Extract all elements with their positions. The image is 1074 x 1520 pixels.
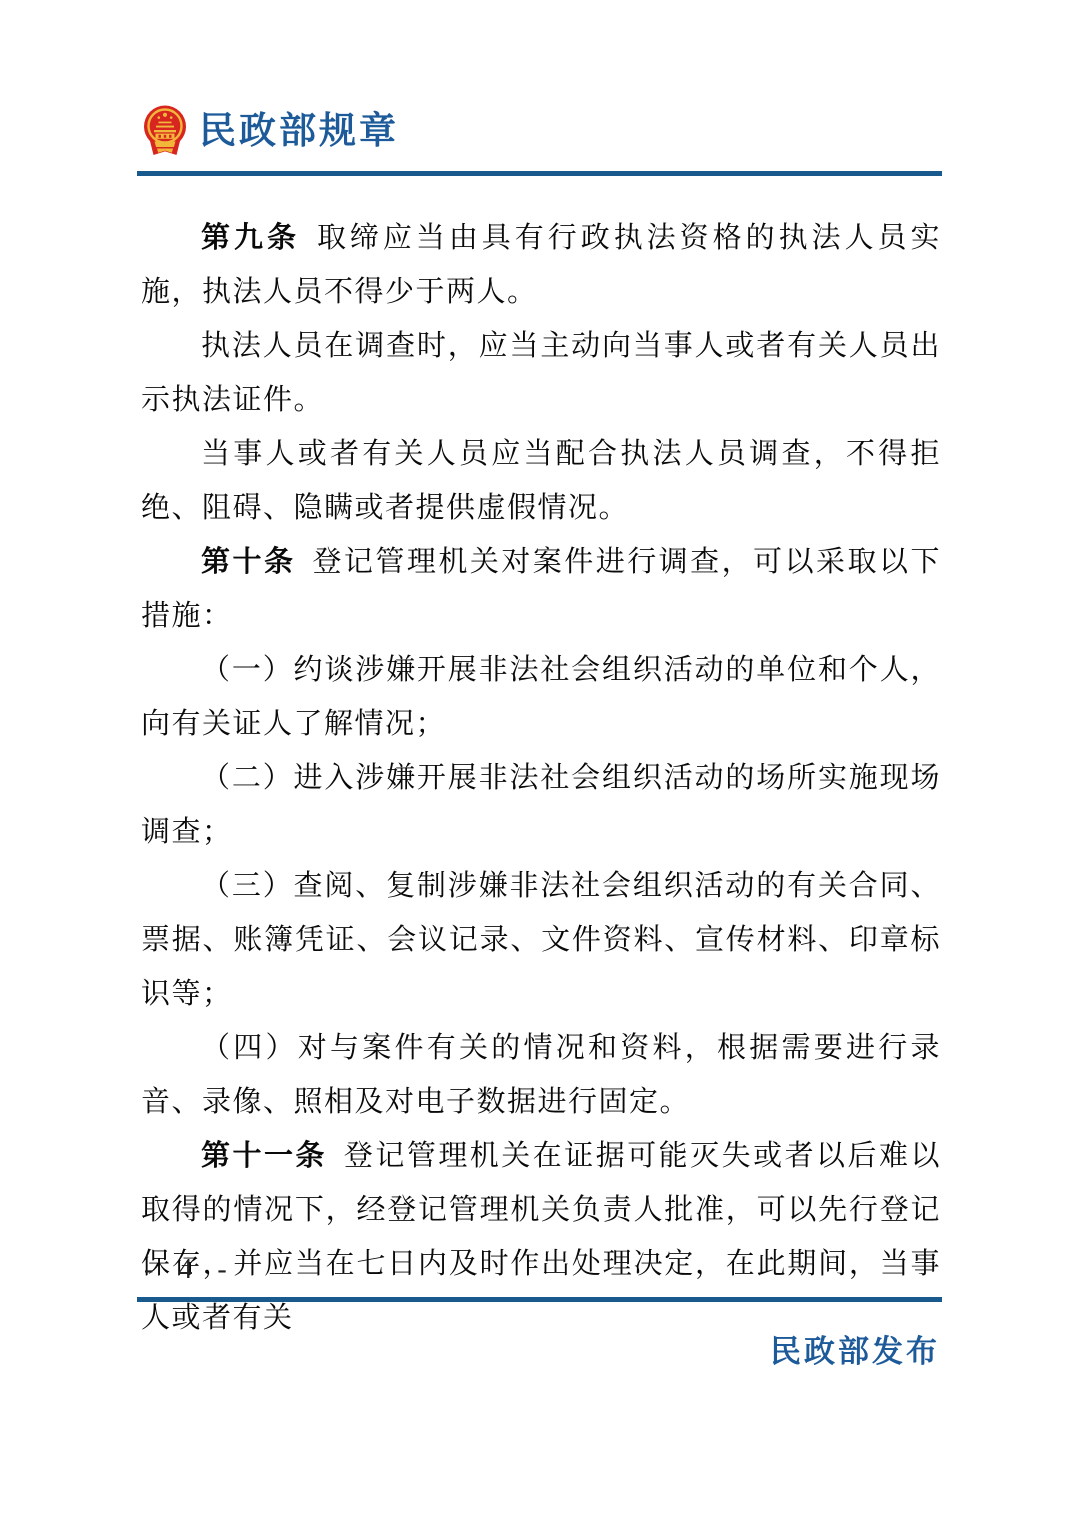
paragraph-text: （二）进入涉嫌开展非法社会组织活动的场所实施现场调查； xyxy=(141,762,941,848)
paragraph: 执法人员在调查时，应当主动向当事人或者有关人员出示执法证件。 xyxy=(141,319,941,427)
list-item-3: （三）查阅、复制涉嫌非法社会组织活动的有关合同、票据、账簿凭证、会议记录、文件资… xyxy=(141,859,941,1021)
document-body: 第九条取缔应当由具有行政执法资格的执法人员实施，执法人员不得少于两人。 执法人员… xyxy=(141,211,941,1345)
page-number: - 4 - xyxy=(144,1254,236,1286)
header-brand: 民政部规章 xyxy=(142,104,399,159)
publisher-label: 民政部发布 xyxy=(770,1326,940,1371)
paragraph: 当事人或者有关人员应当配合执法人员调查，不得拒绝、阻碍、隐瞒或者提供虚假情况。 xyxy=(141,427,941,535)
paragraph-text: 当事人或者有关人员应当配合执法人员调查，不得拒绝、阻碍、隐瞒或者提供虚假情况。 xyxy=(141,438,941,524)
header-rule xyxy=(137,171,942,176)
paragraph-text: （四）对与案件有关的情况和资料，根据需要进行录音、录像、照相及对电子数据进行固定… xyxy=(141,1032,941,1118)
article-number: 第十一条 xyxy=(201,1140,327,1172)
list-item-1: （一）约谈涉嫌开展非法社会组织活动的单位和个人，向有关证人了解情况； xyxy=(141,643,941,751)
article-number: 第十条 xyxy=(201,546,295,578)
paragraph-text: （一）约谈涉嫌开展非法社会组织活动的单位和个人，向有关证人了解情况； xyxy=(141,654,941,740)
list-item-2: （二）进入涉嫌开展非法社会组织活动的场所实施现场调查； xyxy=(141,751,941,859)
paragraph-article-11: 第十一条登记管理机关在证据可能灭失或者以后难以取得的情况下，经登记管理机关负责人… xyxy=(141,1129,941,1345)
list-item-4: （四）对与案件有关的情况和资料，根据需要进行录音、录像、照相及对电子数据进行固定… xyxy=(141,1021,941,1129)
paragraph-article-10: 第十条登记管理机关对案件进行调查，可以采取以下措施： xyxy=(141,535,941,643)
national-emblem-icon xyxy=(142,104,188,159)
paragraph-article-9: 第九条取缔应当由具有行政执法资格的执法人员实施，执法人员不得少于两人。 xyxy=(141,211,941,319)
paragraph-text: （三）查阅、复制涉嫌非法社会组织活动的有关合同、票据、账簿凭证、会议记录、文件资… xyxy=(141,870,941,1010)
paragraph-text: 执法人员在调查时，应当主动向当事人或者有关人员出示执法证件。 xyxy=(141,330,941,416)
footer-rule xyxy=(137,1297,942,1302)
header-title: 民政部规章 xyxy=(199,113,399,150)
document-page: 民政部规章 第九条取缔应当由具有行政执法资格的执法人员实施，执法人员不得少于两人… xyxy=(0,0,1074,1520)
article-number: 第九条 xyxy=(201,222,300,254)
